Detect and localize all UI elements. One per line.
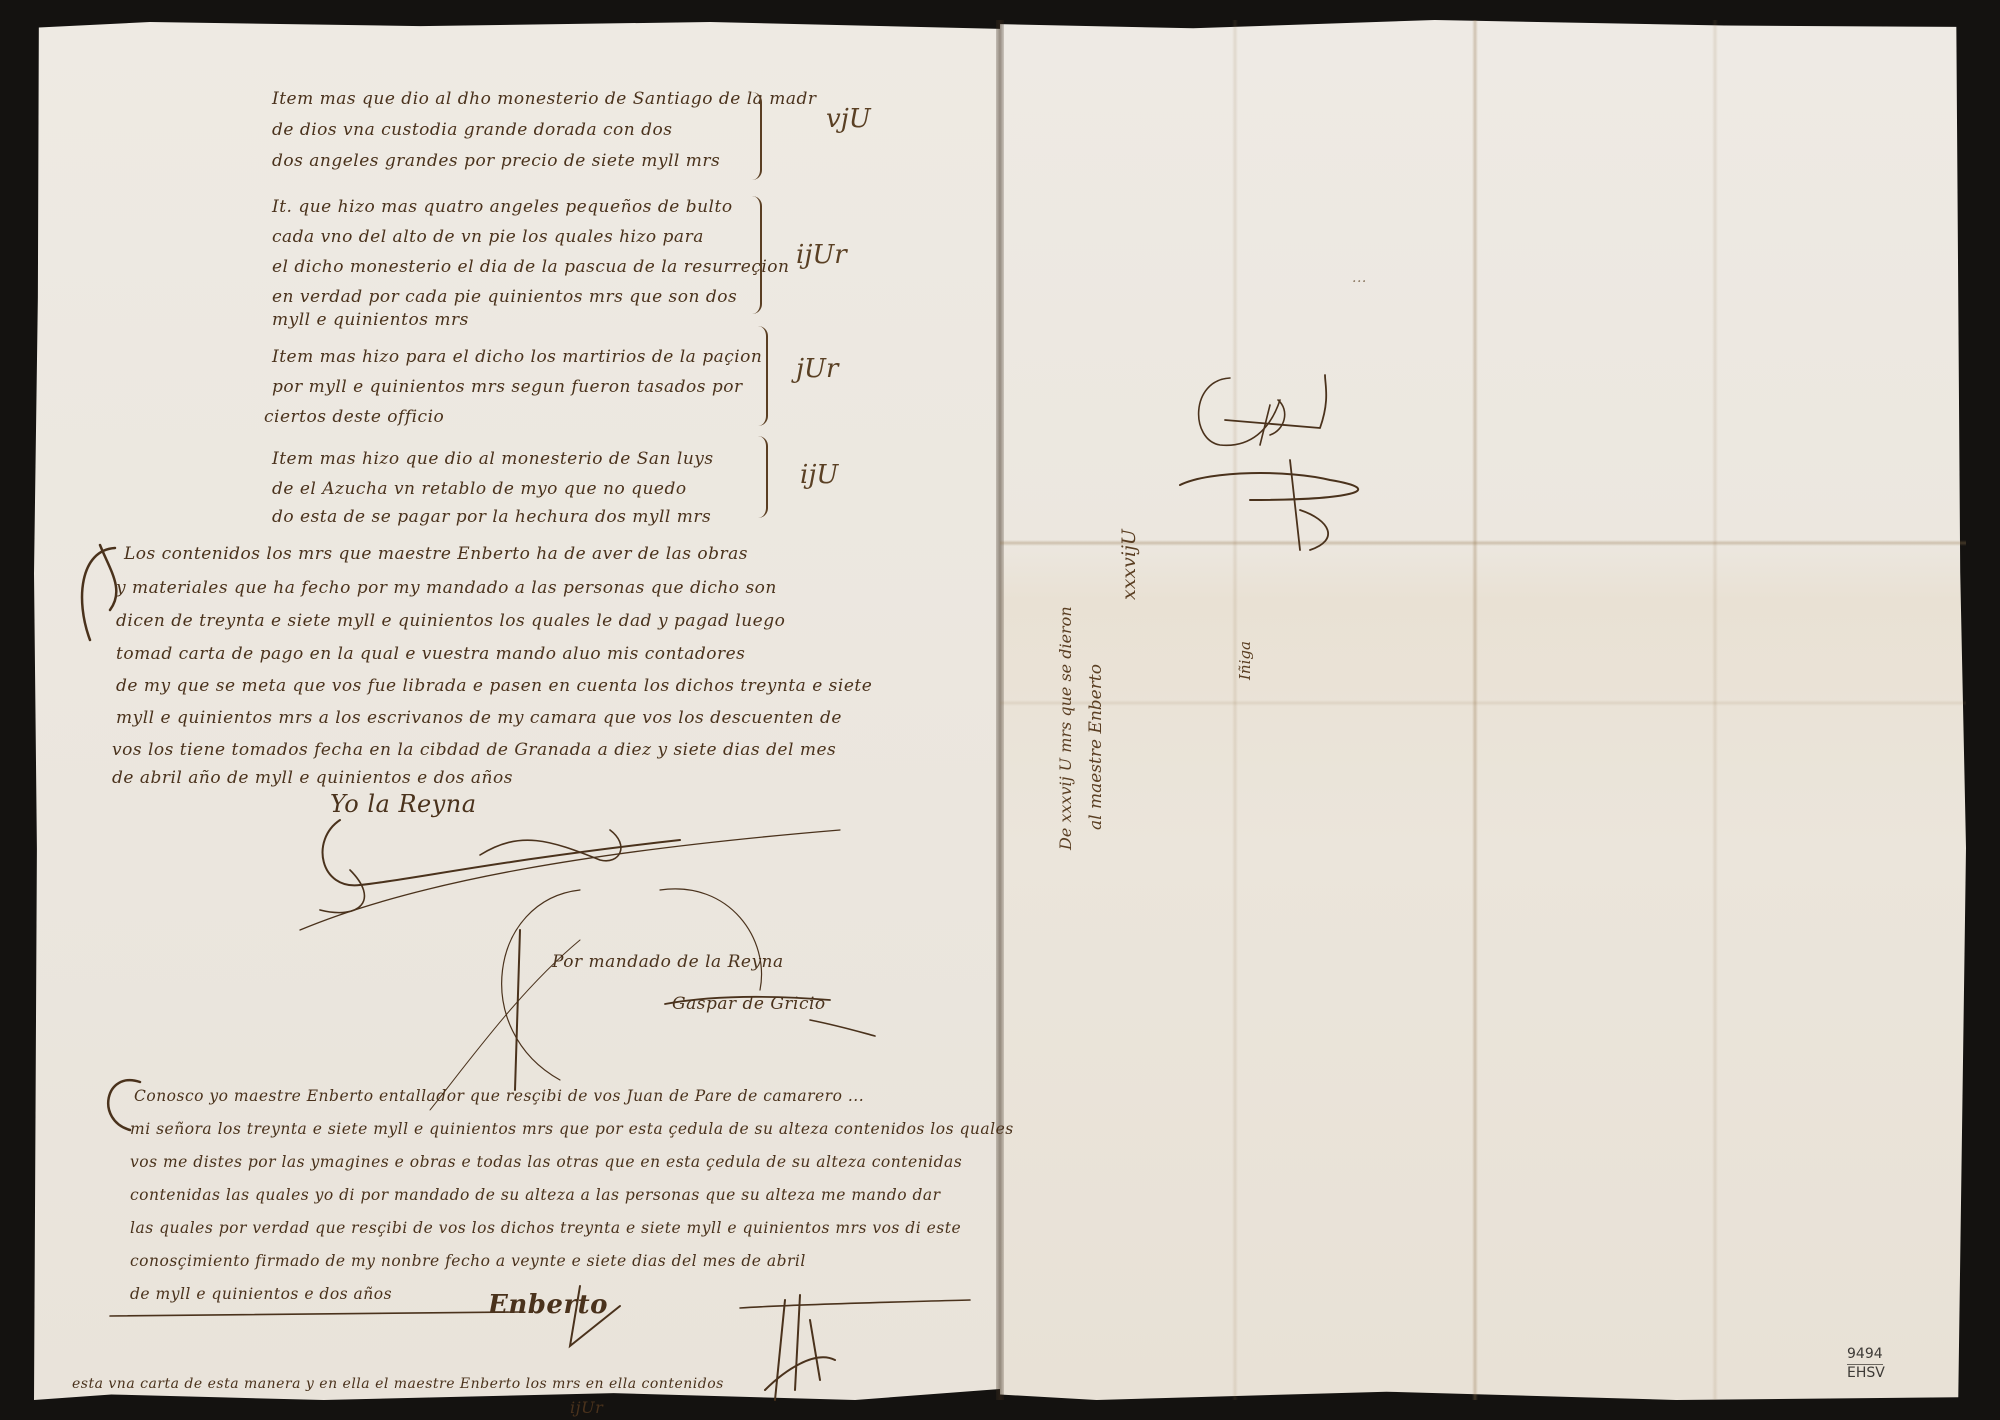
receipt-line: Conosco yo maestre Enberto entallador qu… bbox=[134, 1080, 864, 1112]
receipt-line: vos me distes por las ymagines e obras e… bbox=[130, 1146, 962, 1178]
signature-por-mandado: Por mandado de la Reyna bbox=[552, 952, 784, 972]
fold-line-vertical bbox=[1472, 20, 1478, 1400]
fold-line-horizontal bbox=[1000, 540, 1966, 546]
entry-line: de el Azucha vn retablo de myo que no qu… bbox=[272, 474, 687, 505]
entry-line: Item mas hizo que dio al monesterio de S… bbox=[272, 444, 714, 475]
amount-marginal: vjU bbox=[826, 104, 871, 134]
verso-rubric bbox=[1170, 370, 1410, 570]
secretary-seal-circle bbox=[430, 880, 850, 1100]
entry-line: por myll e quinientos mrs segun fueron t… bbox=[272, 372, 743, 403]
archive-label: 9494 EHSV bbox=[1847, 1346, 1885, 1382]
order-line: Los contenidos los mrs que maestre Enber… bbox=[124, 538, 748, 570]
center-fold bbox=[996, 20, 1004, 1400]
entry-line: ciertos deste officio bbox=[264, 402, 444, 433]
order-line: y materiales que ha fecho por my mandado… bbox=[116, 572, 777, 604]
endorsement-line: al maestre Enberto bbox=[1086, 664, 1106, 830]
fold-line-horizontal bbox=[1000, 700, 1966, 706]
receipt-line: conosçimiento firmado de my nonbre fecho… bbox=[130, 1245, 806, 1277]
initial-flourish bbox=[70, 540, 130, 650]
amount-marginal: ijU bbox=[800, 460, 838, 490]
entry-line: It. que hizo mas quatro angeles pequeños… bbox=[272, 192, 733, 223]
entry-line: Item mas que dio al dho monesterio de Sa… bbox=[272, 84, 817, 115]
rubric-flourish bbox=[755, 1290, 845, 1410]
enberto-signature-flourish bbox=[100, 1276, 1000, 1356]
entry-line: do esta de se pagar por la hechura dos m… bbox=[272, 502, 711, 533]
receipt-initial-flourish bbox=[90, 1070, 150, 1150]
receipt-line: mi señora los treynta e siete myll e qui… bbox=[130, 1113, 1014, 1145]
fold-line-vertical bbox=[1712, 20, 1718, 1400]
entry-bracket bbox=[740, 196, 762, 314]
secretary-underline bbox=[660, 992, 880, 1032]
archive-code: EHSV bbox=[1847, 1365, 1885, 1381]
verso-page bbox=[1000, 20, 1966, 1400]
entry-bracket bbox=[748, 326, 768, 426]
order-line: tomad carta de pago en la qual e vuestra… bbox=[116, 638, 745, 670]
entry-line: cada vno del alto de vn pie los quales h… bbox=[272, 222, 704, 253]
order-line: dicen de treynta e siete myll e quinient… bbox=[116, 605, 785, 637]
footer-note: esta vna carta de esta manera y en ella … bbox=[72, 1376, 724, 1392]
entry-line: Item mas hizo para el dicho los martirio… bbox=[272, 342, 762, 373]
receipt-line: las quales por verdad que resçibi de vos… bbox=[130, 1212, 961, 1244]
endorsement-amount: xxxvijU bbox=[1118, 529, 1140, 600]
entry-line: myll e quinientos mrs bbox=[272, 305, 469, 336]
entry-line: el dicho monesterio el dia de la pascua … bbox=[272, 252, 789, 283]
amount-marginal: ijUr bbox=[796, 240, 847, 270]
order-line: myll e quinientos mrs a los escrivanos d… bbox=[116, 702, 842, 734]
fold-line-vertical bbox=[1232, 20, 1238, 1400]
entry-bracket bbox=[748, 436, 768, 518]
verso-side-note: Iñiga bbox=[1236, 641, 1254, 680]
archive-number: 9494 bbox=[1847, 1346, 1883, 1365]
amount-marginal: jUr bbox=[796, 354, 838, 384]
entry-bracket bbox=[740, 92, 762, 180]
receipt-line: contenidas las quales yo di por mandado … bbox=[130, 1179, 941, 1211]
footer-mark: ijUr bbox=[570, 1398, 603, 1417]
verso-top-note: ... bbox=[1352, 270, 1367, 286]
endorsement-line: De xxxvij U mrs que se dieron bbox=[1056, 606, 1075, 850]
order-line: de my que se meta que vos fue librada e … bbox=[116, 670, 872, 702]
entry-line: de dios vna custodia grande dorada con d… bbox=[272, 115, 672, 146]
entry-line: dos angeles grandes por precio de siete … bbox=[272, 146, 720, 177]
